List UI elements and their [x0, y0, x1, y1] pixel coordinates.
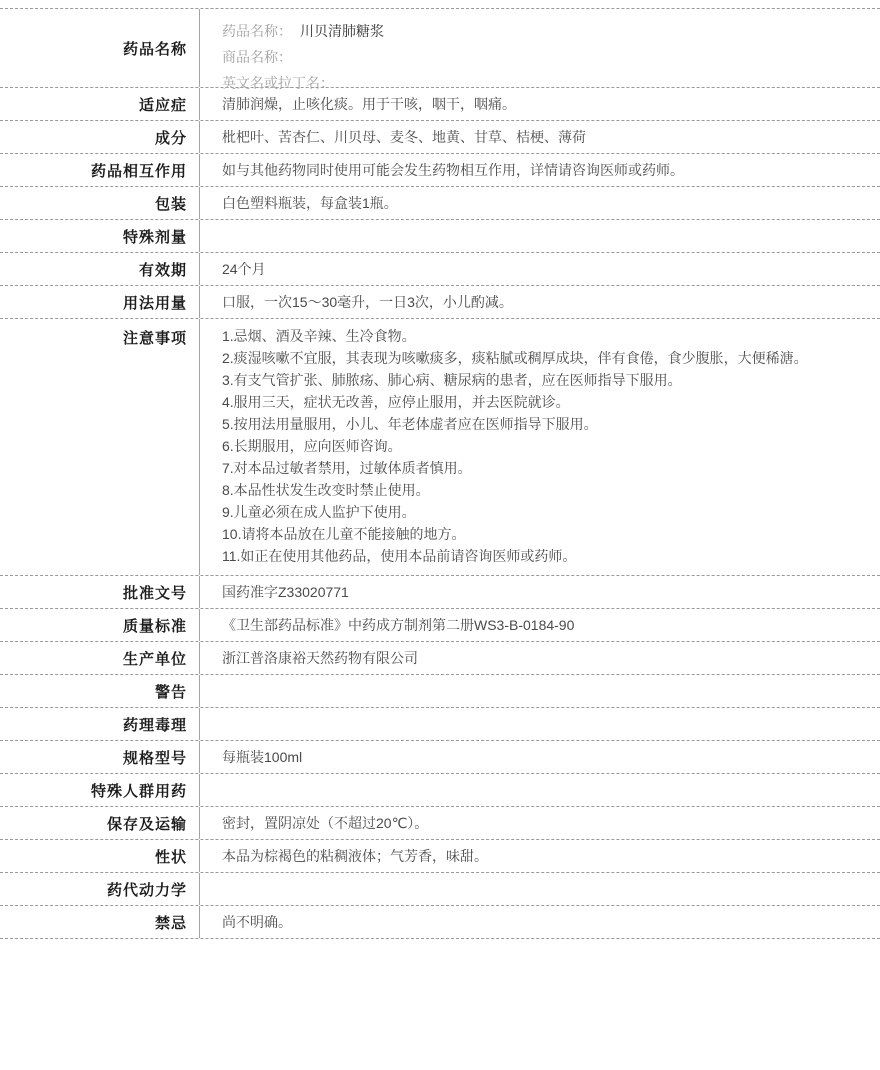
- row-label: 适应症: [0, 88, 200, 120]
- row-value: 本品为棕褐色的粘稠液体；气芳香，味甜。: [200, 840, 880, 872]
- precaution-item: 2.痰湿咳嗽不宜服，其表现为咳嗽痰多，痰粘腻或稠厚成块，伴有食倦，食少腹胀，大便…: [222, 347, 866, 369]
- row-approval-number: 批准文号 国药准字Z33020771: [0, 575, 880, 608]
- row-special-population: 特殊人群用药: [0, 773, 880, 806]
- row-label: 规格型号: [0, 741, 200, 773]
- row-label: 药品相互作用: [0, 154, 200, 186]
- row-indications: 适应症 清肺润燥，止咳化痰。用于干咳，咽干，咽痛。: [0, 87, 880, 120]
- row-packaging: 包装 白色塑料瓶装，每盒装1瓶。: [0, 186, 880, 219]
- row-ingredients: 成分 枇杷叶、苦杏仁、川贝母、麦冬、地黄、甘草、桔梗、薄荷: [0, 120, 880, 153]
- row-drug-name: 药品名称 药品名称：川贝清肺糖浆 商品名称： 英文名或拉丁名：: [0, 8, 880, 87]
- row-specification: 规格型号 每瓶装100ml: [0, 740, 880, 773]
- row-value: 《卫生部药品标准》中药成方制剂第二册WS3-B-0184-90: [200, 609, 880, 641]
- drug-name-value: 川贝清肺糖浆: [300, 23, 384, 39]
- row-contraindications: 禁忌 尚不明确。: [0, 905, 880, 938]
- precaution-item: 6.长期服用，应向医师咨询。: [222, 435, 866, 457]
- trade-name-line: 商品名称：: [222, 44, 866, 70]
- row-label: 生产单位: [0, 642, 200, 674]
- row-value: [200, 708, 880, 740]
- precaution-item: 1.忌烟、酒及辛辣、生冷食物。: [222, 325, 866, 347]
- row-value: 24个月: [200, 253, 880, 285]
- row-label: 药理毒理: [0, 708, 200, 740]
- row-value: 枇杷叶、苦杏仁、川贝母、麦冬、地黄、甘草、桔梗、薄荷: [200, 121, 880, 153]
- precaution-item: 8.本品性状发生改变时禁止使用。: [222, 479, 866, 501]
- row-label: 警告: [0, 675, 200, 707]
- precaution-item: 4.服用三天，症状无改善，应停止服用，并去医院就诊。: [222, 391, 866, 413]
- row-label: 包装: [0, 187, 200, 219]
- row-label: 用法用量: [0, 286, 200, 318]
- row-manufacturer: 生产单位 浙江普洛康裕天然药物有限公司: [0, 641, 880, 674]
- row-label: 特殊人群用药: [0, 774, 200, 806]
- row-storage-transport: 保存及运输 密封，置阴凉处（不超过20℃）。: [0, 806, 880, 839]
- row-value: [200, 774, 880, 806]
- row-label: 质量标准: [0, 609, 200, 641]
- row-value: 国药准字Z33020771: [200, 576, 880, 608]
- row-validity-period: 有效期 24个月: [0, 252, 880, 285]
- row-special-dosage: 特殊剂量: [0, 219, 880, 252]
- precaution-item: 5.按用法用量服用，小儿、年老体虚者应在医师指导下服用。: [222, 413, 866, 435]
- row-label: 成分: [0, 121, 200, 153]
- row-value: 密封，置阴凉处（不超过20℃）。: [200, 807, 880, 839]
- row-pharmacokinetics: 药代动力学: [0, 872, 880, 905]
- row-value: 浙江普洛康裕天然药物有限公司: [200, 642, 880, 674]
- precaution-item: 3.有支气管扩张、肺脓疡、肺心病、糖尿病的患者，应在医师指导下服用。: [222, 369, 866, 391]
- row-pharmacology-toxicology: 药理毒理: [0, 707, 880, 740]
- row-quality-standard: 质量标准 《卫生部药品标准》中药成方制剂第二册WS3-B-0184-90: [0, 608, 880, 641]
- row-precautions: 注意事项 1.忌烟、酒及辛辣、生冷食物。 2.痰湿咳嗽不宜服，其表现为咳嗽痰多，…: [0, 318, 880, 575]
- row-dosage-usage: 用法用量 口服，一次15～30毫升，一日3次，小儿酌减。: [0, 285, 880, 318]
- row-value: [200, 220, 880, 252]
- row-label: 批准文号: [0, 576, 200, 608]
- row-value: 1.忌烟、酒及辛辣、生冷食物。 2.痰湿咳嗽不宜服，其表现为咳嗽痰多，痰粘腻或稠…: [200, 319, 880, 575]
- row-label: 特殊剂量: [0, 220, 200, 252]
- row-value: 尚不明确。: [200, 906, 880, 938]
- row-value: 口服，一次15～30毫升，一日3次，小儿酌减。: [200, 286, 880, 318]
- row-value: 如与其他药物同时使用可能会发生药物相互作用，详情请咨询医师或药师。: [200, 154, 880, 186]
- precaution-item: 10.请将本品放在儿童不能接触的地方。: [222, 523, 866, 545]
- precaution-item: 11.如正在使用其他药品，使用本品前请咨询医师或药师。: [222, 545, 866, 567]
- row-value: 药品名称：川贝清肺糖浆 商品名称： 英文名或拉丁名：: [200, 9, 880, 87]
- drug-name-line: 药品名称：川贝清肺糖浆: [222, 18, 866, 44]
- row-label: 注意事项: [0, 319, 200, 575]
- row-drug-interactions: 药品相互作用 如与其他药物同时使用可能会发生药物相互作用，详情请咨询医师或药师。: [0, 153, 880, 186]
- row-warning: 警告: [0, 674, 880, 707]
- precaution-item: 9.儿童必须在成人监护下使用。: [222, 501, 866, 523]
- row-label: 保存及运输: [0, 807, 200, 839]
- row-value: [200, 873, 880, 905]
- row-value: 清肺润燥，止咳化痰。用于干咳，咽干，咽痛。: [200, 88, 880, 120]
- row-value: [200, 675, 880, 707]
- row-label: 性状: [0, 840, 200, 872]
- row-label: 药代动力学: [0, 873, 200, 905]
- drug-info-table: 药品名称 药品名称：川贝清肺糖浆 商品名称： 英文名或拉丁名： 适应症 清肺润燥…: [0, 8, 880, 939]
- row-properties: 性状 本品为棕褐色的粘稠液体；气芳香，味甜。: [0, 839, 880, 872]
- row-value: 白色塑料瓶装，每盒装1瓶。: [200, 187, 880, 219]
- row-label: 禁忌: [0, 906, 200, 938]
- row-value: 每瓶装100ml: [200, 741, 880, 773]
- row-label: 药品名称: [0, 9, 200, 87]
- precaution-item: 7.对本品过敏者禁用，过敏体质者慎用。: [222, 457, 866, 479]
- row-label: 有效期: [0, 253, 200, 285]
- drug-name-prefix: 药品名称：: [222, 23, 292, 39]
